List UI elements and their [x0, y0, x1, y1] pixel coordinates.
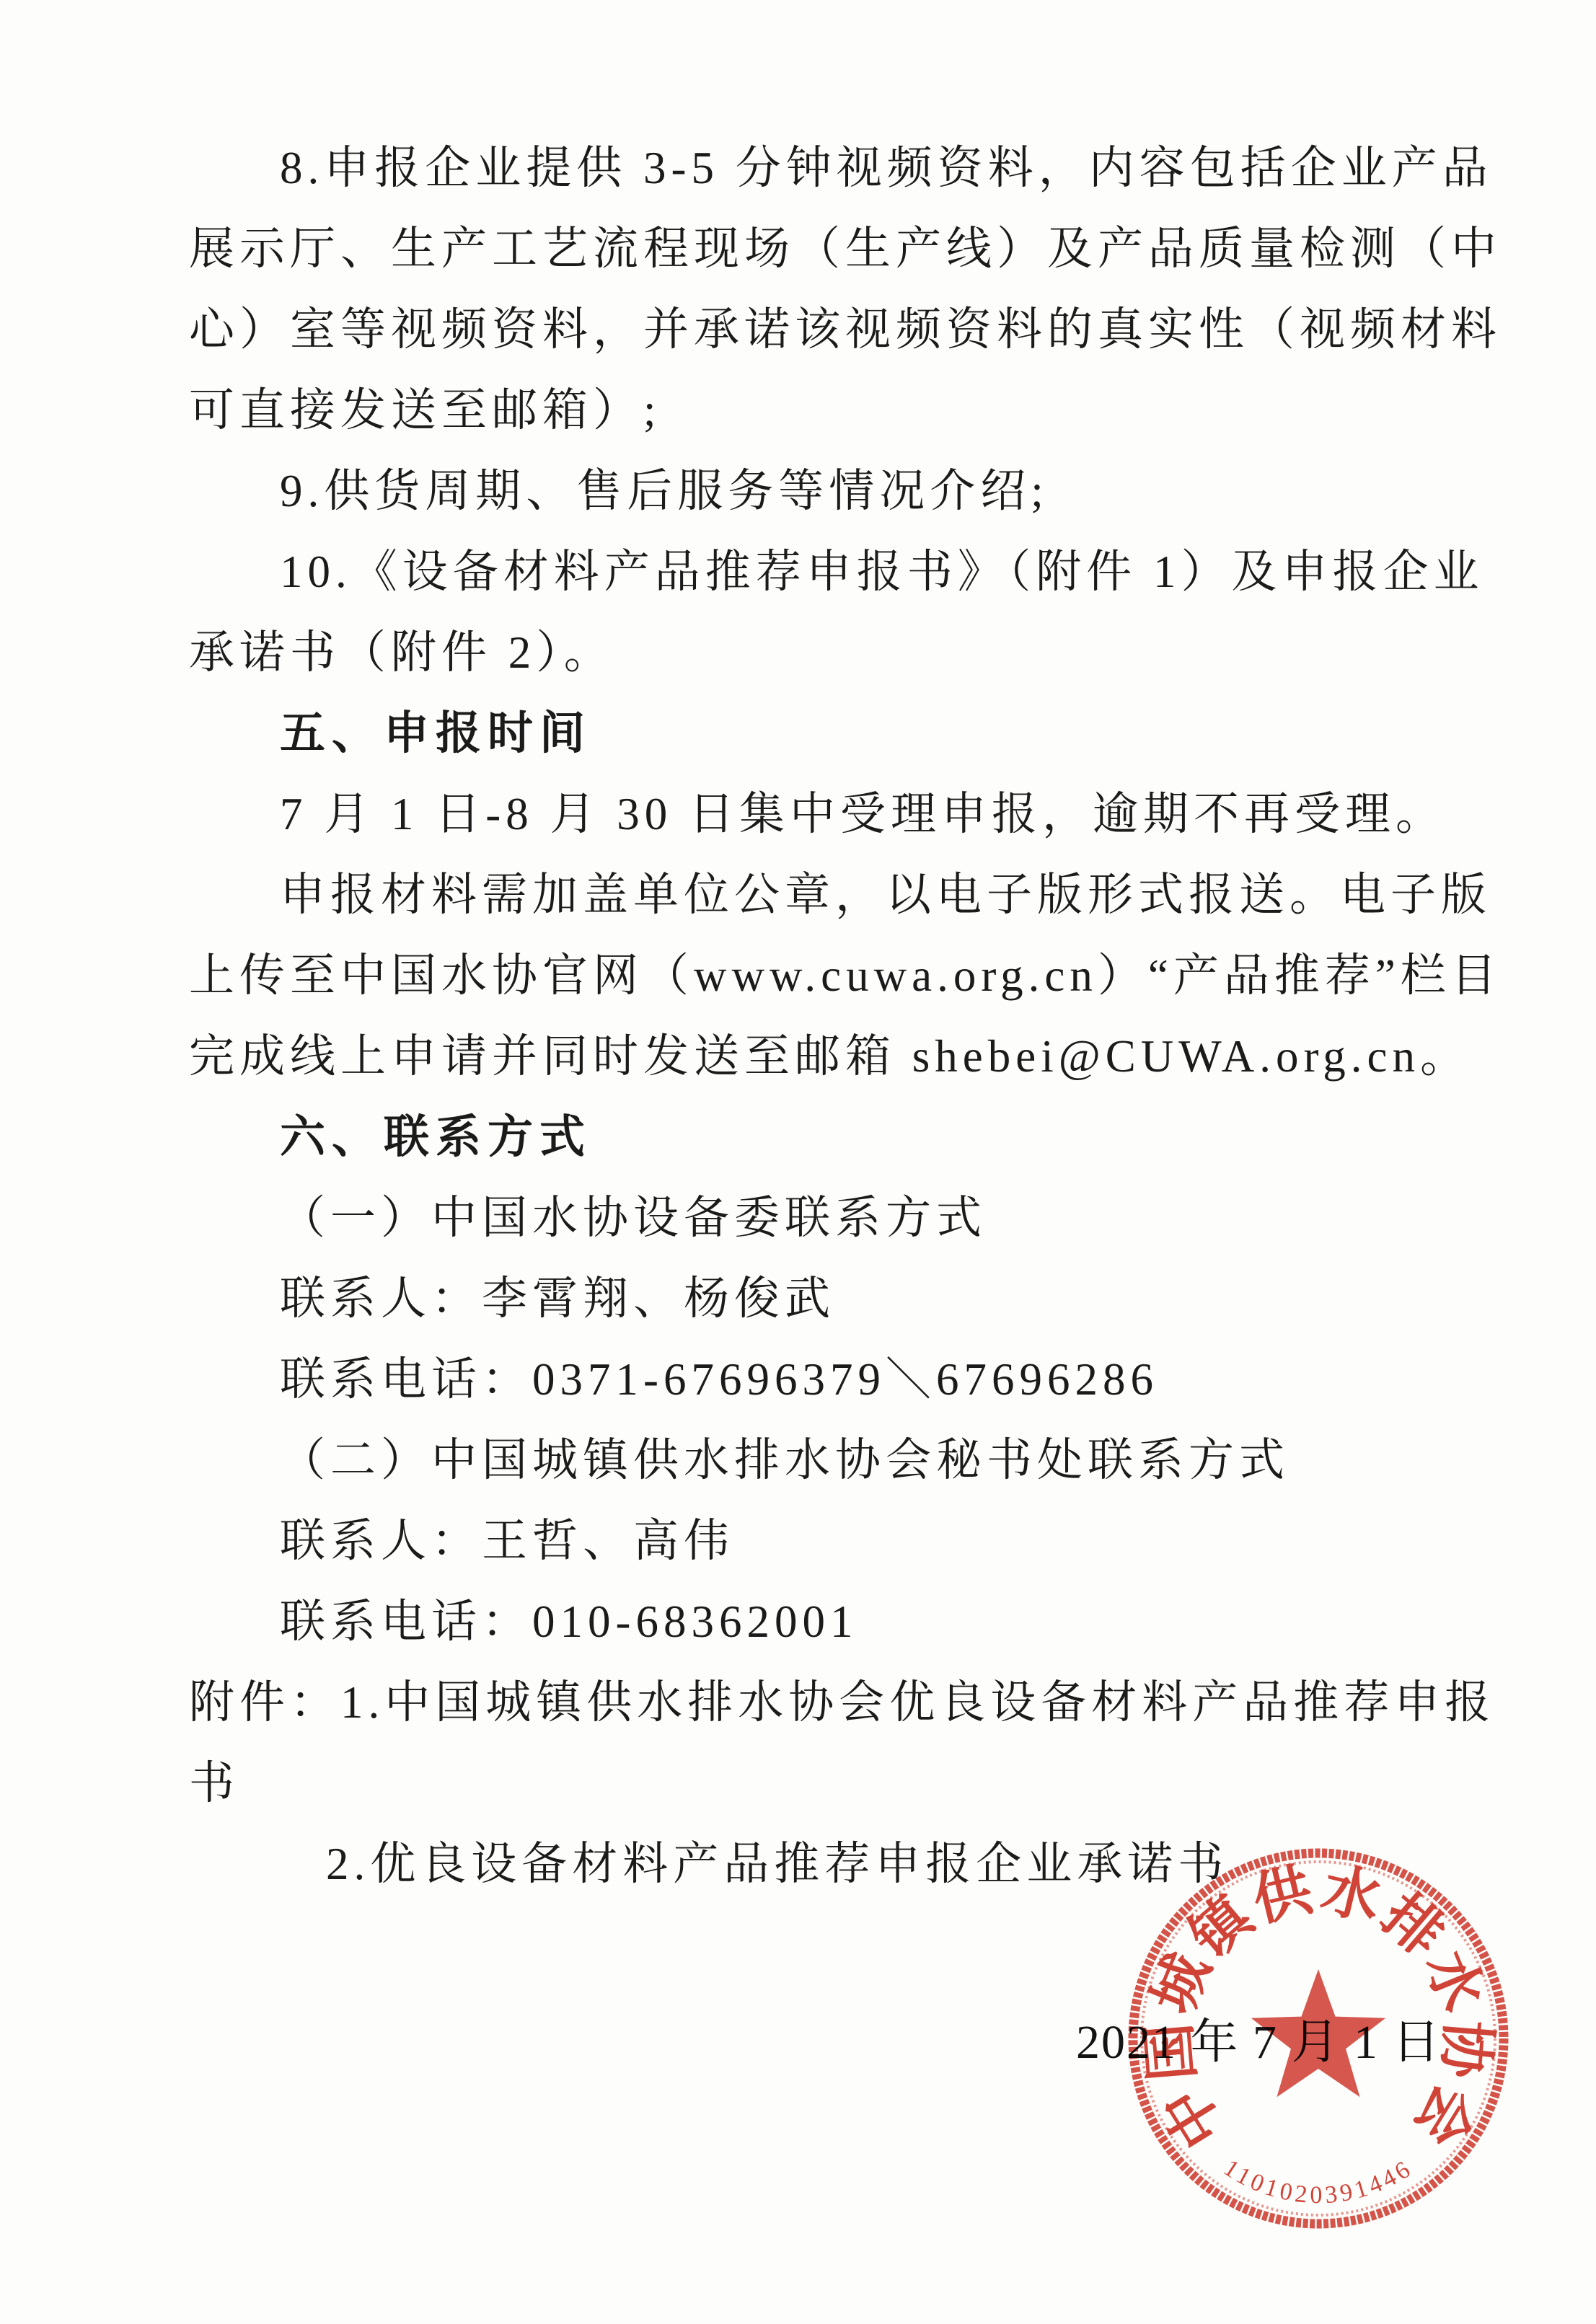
text-line: 展示厅、生产工艺流程现场（生产线）及产品质量检测（中 [189, 208, 1509, 289]
document-body: 8.申报企业提供 3-5 分钟视频资料，内容包括企业产品展示厅、生产工艺流程现场… [189, 128, 1509, 1904]
text-line: 书 [189, 1743, 1509, 1824]
text-line: 联系电话：010-68362001 [189, 1581, 1509, 1662]
text-line: 8.申报企业提供 3-5 分钟视频资料，内容包括企业产品 [189, 128, 1509, 208]
text-line: 10.《设备材料产品推荐申报书》（附件 1）及申报企业 [189, 531, 1509, 612]
text-line: 上传至中国水协官网（www.cuwa.org.cn）“产品推荐”栏目 [189, 935, 1509, 1016]
text-line: （一）中国水协设备委联系方式 [189, 1178, 1509, 1258]
text-line: 申报材料需加盖单位公章，以电子版形式报送。电子版 [189, 854, 1509, 935]
text-line: 联系电话：0371-67696379＼67696286 [189, 1339, 1509, 1420]
text-line: 联系人：王哲、高伟 [189, 1501, 1509, 1581]
text-line: 联系人：李霄翔、杨俊武 [189, 1258, 1509, 1339]
document-date: 2021 年 7 月 1 日 [1076, 2003, 1442, 2072]
text-line: （二）中国城镇供水排水协会秘书处联系方式 [189, 1420, 1509, 1501]
text-line: 承诺书（附件 2）。 [189, 612, 1509, 693]
section-heading: 六、联系方式 [189, 1097, 1509, 1178]
text-line: 附件：1.中国城镇供水排水协会优良设备材料产品推荐申报 [189, 1662, 1509, 1743]
text-line: 可直接发送至邮箱）; [189, 370, 1509, 451]
text-line: 9.供货周期、售后服务等情况介绍; [189, 451, 1509, 531]
text-line: 心）室等视频资料，并承诺该视频资料的真实性（视频材料 [189, 289, 1509, 370]
text-line: 7 月 1 日-8 月 30 日集中受理申报，逾期不再受理。 [189, 774, 1509, 854]
section-heading: 五、申报时间 [189, 693, 1509, 774]
text-line: 完成线上申请并同时发送至邮箱 shebei@CUWA.org.cn。 [189, 1016, 1509, 1097]
document-page: 8.申报企业提供 3-5 分钟视频资料，内容包括企业产品展示厅、生产工艺流程现场… [0, 0, 1596, 2324]
